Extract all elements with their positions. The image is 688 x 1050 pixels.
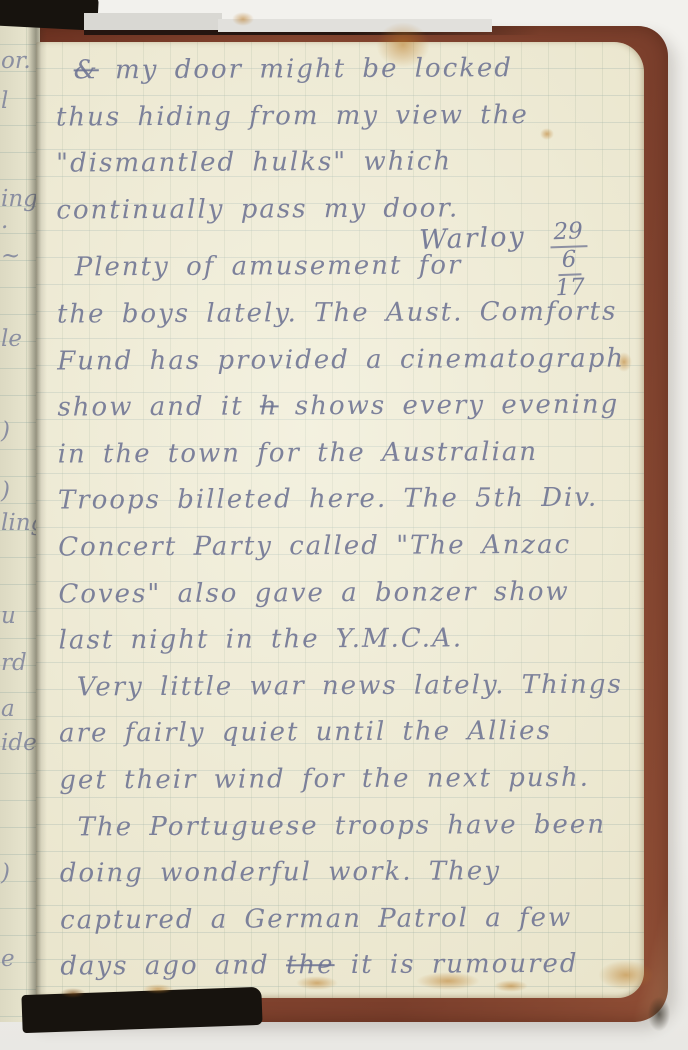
handwritten-text: & my door might be locked thus hiding fr…	[56, 44, 641, 990]
line-text: shows every evening	[279, 390, 620, 422]
corner-smudge	[648, 997, 670, 1031]
line-text: The Portuguese troops have been	[78, 809, 607, 842]
line-text: my door might be locked	[99, 53, 513, 85]
line-text: captured a German Patrol a few	[60, 903, 572, 936]
line-text: thus hiding from my view the	[56, 100, 529, 132]
diary-line: & my door might be locked	[56, 44, 636, 94]
line-text: doing wonderful work. They	[60, 856, 501, 888]
diary-line: Concert Party called "The Anzac	[58, 521, 638, 571]
diary-line: captured a German Patrol a few	[60, 894, 640, 944]
page-stack-edge	[84, 13, 222, 30]
diary-line: "dismantled hulks" which	[56, 138, 636, 188]
line-text: it is rumoured	[335, 949, 579, 980]
edge-text-fragment: u	[1, 603, 16, 629]
diary-scan: or. l ing . ~ le ) ) ling u rd a ide ) e…	[0, 0, 688, 1050]
edge-text-fragment: e	[1, 946, 15, 972]
diary-line: Very little war news lately. Things	[59, 661, 639, 711]
line-text: Concert Party called "The Anzac	[58, 530, 571, 563]
diary-line: in the town for the Australian	[58, 428, 638, 478]
place-name: Warloy	[419, 221, 527, 256]
line-text: in the town for the Australian	[58, 437, 539, 470]
struck-text: the	[286, 950, 335, 980]
diary-line: show and it h shows every evening	[57, 382, 637, 432]
diary-line: Coves" also gave a bonzer show	[58, 568, 638, 618]
edge-text-fragment: )	[1, 418, 10, 444]
line-text: Coves" also gave a bonzer show	[58, 576, 569, 609]
diary-line: thus hiding from my view the	[56, 91, 636, 141]
diary-line: doing wonderful work. They	[60, 848, 640, 898]
foxing-stain	[232, 12, 254, 26]
diary-line: days ago and the it is rumoured	[60, 941, 640, 991]
struck-text: h	[260, 392, 279, 422]
gutter-shadow	[27, 18, 47, 1022]
date-year: 17	[551, 275, 589, 302]
line-text: Troops billeted here. The 5th Div.	[58, 483, 598, 516]
entry-date: 29 6 17	[549, 219, 589, 302]
diary-line: Fund has provided a cinematograph	[57, 335, 637, 385]
line-text: Fund has provided a cinematograph	[57, 343, 625, 376]
edge-text-fragment: )	[1, 478, 10, 504]
diary-line: get their wind for the next push.	[59, 754, 639, 804]
edge-text-fragment: .	[1, 208, 8, 234]
line-text: get their wind for the next push.	[59, 763, 590, 796]
edge-text-fragment: ~	[1, 243, 20, 269]
line-text: continually pass my door.	[56, 193, 459, 225]
line-text: Very little war news lately. Things	[77, 669, 623, 702]
edge-text-fragment: a	[1, 696, 15, 722]
diary-line: are fairly quiet until the Allies	[59, 708, 639, 758]
struck-text: &	[74, 55, 99, 85]
edge-text-fragment: l	[1, 88, 8, 114]
date-month: 6	[557, 247, 581, 276]
line-text: "dismantled hulks" which	[56, 147, 452, 179]
binding-tape-bottom	[21, 987, 262, 1033]
edge-text-fragment: le	[1, 326, 22, 352]
line-text: Plenty of amusement for	[75, 251, 463, 283]
edge-text-fragment: )	[1, 860, 10, 886]
diary-line: Troops billeted here. The 5th Div.	[58, 475, 638, 525]
diary-line: The Portuguese troops have been	[59, 801, 639, 851]
entry-dateline: Warloy 29 6 17	[419, 219, 590, 306]
edge-text-fragment: rd	[1, 650, 27, 676]
line-text: last night in the Y.M.C.A.	[59, 624, 464, 656]
diary-line: last night in the Y.M.C.A.	[59, 615, 639, 665]
line-text: show and it	[57, 392, 260, 423]
page-stack-edge	[218, 19, 492, 32]
date-day: 29	[549, 219, 587, 248]
line-text: days ago and	[60, 951, 286, 982]
line-text: are fairly quiet until the Allies	[59, 716, 552, 749]
